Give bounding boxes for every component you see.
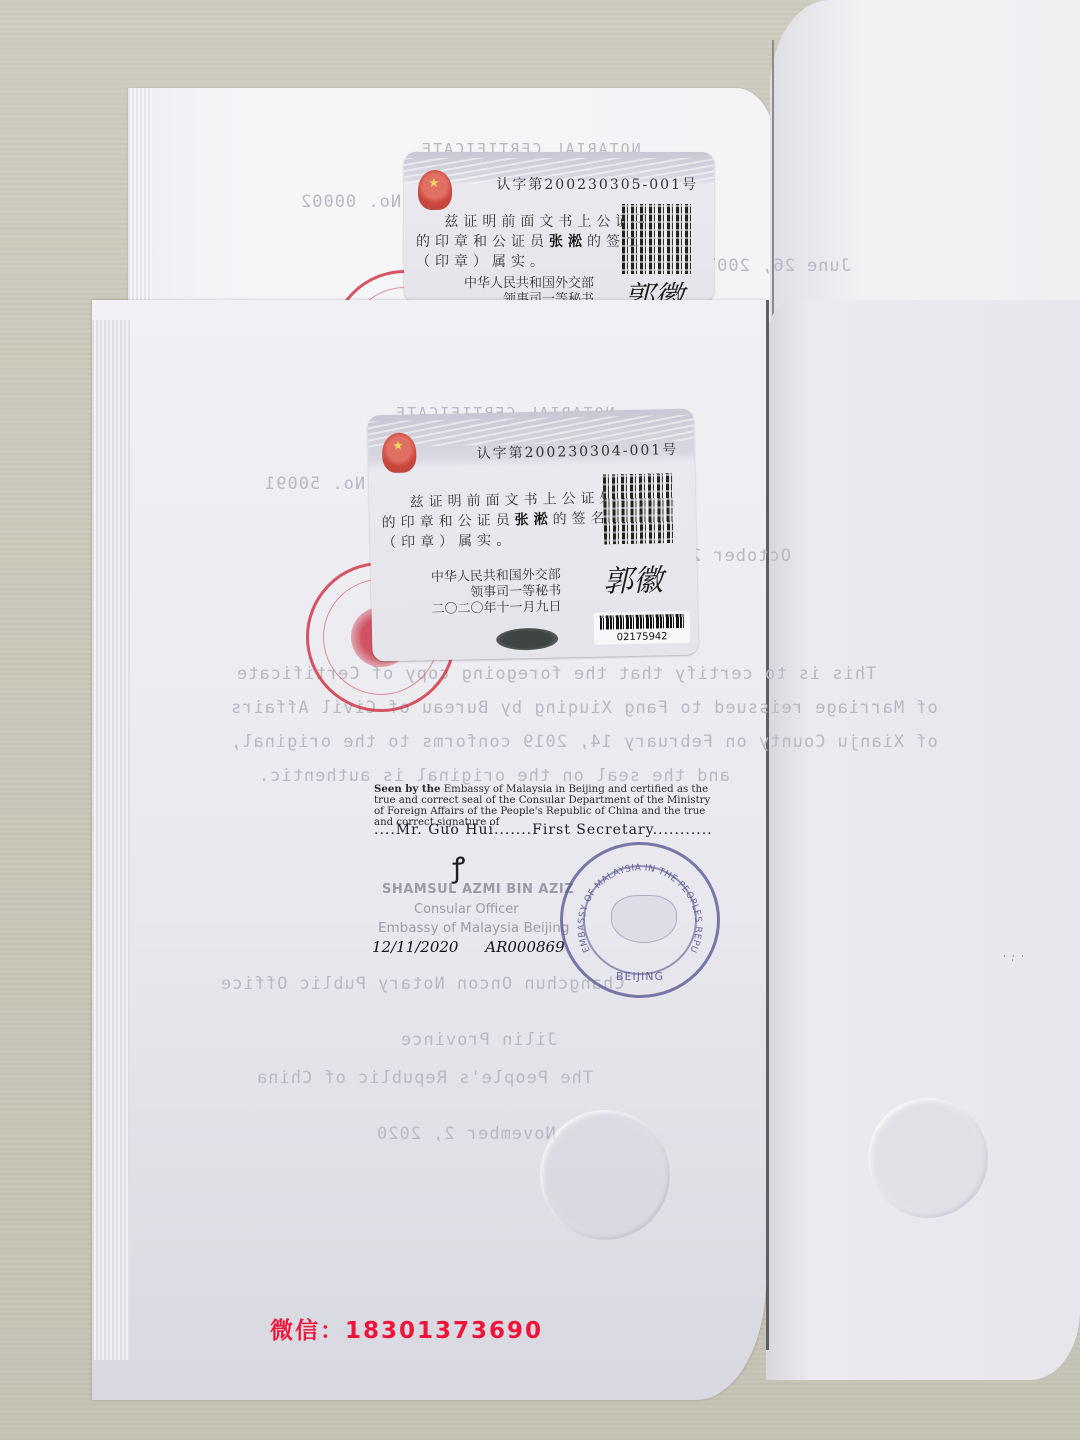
dept-line-1: 中华人民共和国外交部 [464,276,594,292]
front-ghost-line: November 2, 2020 [376,1124,556,1144]
ministry-department: 中华人民共和国外交部 领事司一等秘书 [464,276,594,302]
notary-name: 张淞 [515,512,553,529]
certification-text: 兹证明前面文书上公证处 的印章和公证员张淞的签名 （印章）属实。 [381,488,620,553]
barcode-number: 02175942 [594,631,690,644]
malaysia-embassy-seal: EMBASSY OF MALAYSIA IN THE PEOPLES REPUB… [560,842,720,998]
national-emblem-icon [418,170,452,210]
qr-code [622,204,692,274]
barcode: 02175942 [594,611,691,645]
national-emblem-icon [382,432,417,473]
official-signature: 郭徽 [624,272,684,302]
back-document-spine [772,40,774,330]
front-document-right-page [766,300,1080,1380]
hologram [496,627,558,650]
qr-code [603,473,674,544]
barcode-bars [600,614,684,630]
cert-line-2: 的印章和公证员 [382,512,515,531]
cert-line-3: （印章）属实。 [382,532,515,551]
certification-text: 兹证明前面文书上公证处 的印章和公证员张淞的签名 （印章）属实。 [416,212,653,272]
front-ghost-line: The People's Republic of China [256,1068,593,1088]
coat-of-arms-icon [611,895,677,943]
back-legalization-sticker: 认字第200230305-001号 兹证明前面文书上公证处 的印章和公证员张淞的… [404,152,714,302]
officer-name: SHAMSUL AZMI BIN AZIZ [382,882,574,897]
dept-date: 二〇二〇年十一月九日 [431,599,561,618]
cert-line-1: 兹证明前面文书上公证处 [409,490,618,510]
paper-specks: · ·̣ · [1003,952,1026,961]
officer-embassy: Embassy of Malaysia Beijing [378,920,569,936]
front-ghost-line: of Xianju County on February 14, 2019 co… [230,732,938,752]
ministry-department: 中华人民共和国外交部 领事司一等秘书 二〇二〇年十一月九日 [431,567,562,618]
handwritten-annotation: 12/11/2020 AR000869 [372,938,565,956]
cert-line-2: 的印章和公证员 [416,234,549,250]
handwritten-date: 12/11/2020 [372,938,458,956]
front-document-spine [766,300,769,1350]
front-ghost-line: and the seal on the original is authenti… [258,766,730,786]
certificate-number: 认字第200230304-001号 [476,439,678,463]
signatory-line: ....Mr. Guo Hui.......First Secretary...… [374,822,714,838]
front-ghost-line: of Marriage reissued to Fang Xiuqing by … [230,698,938,718]
embossed-seal [540,1110,670,1240]
certificate-number: 认字第200230305-001号 [496,174,698,194]
embossed-seal [868,1098,988,1218]
officer-signature-icon: ꝭ [452,848,465,886]
notary-name: 张淞 [549,234,587,250]
cert-line-3: （印章）属实。 [416,254,549,270]
cert-line-2-end: 的签名 [553,510,610,527]
handwritten-ref: AR000869 [485,938,564,956]
page-edges [92,320,130,1360]
endorsement-lead: Seen by the [374,783,440,795]
official-signature: 郭徽 [602,555,663,600]
front-ghost-line: Jilin Province [400,1030,557,1050]
seal-city: BEIJING [563,970,717,983]
front-legalization-sticker: 认字第200230304-001号 兹证明前面文书上公证处 的印章和公证员张淞的… [367,409,698,662]
officer-title: Consular Officer [414,902,519,917]
back-document-right-page [770,0,1080,330]
wechat-watermark: 微信：18301373690 [270,1312,543,1345]
